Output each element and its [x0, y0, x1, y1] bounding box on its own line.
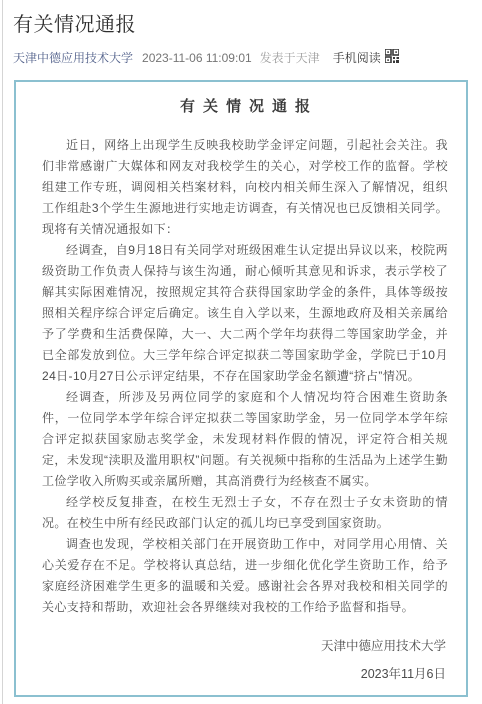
notice-heading: 有关情况通报 [42, 95, 448, 116]
signature-org: 天津中德应用技术大学 [42, 632, 446, 660]
byline: 天津中德应用技术大学 2023-11-06 11:09:01 发表于天津 手机阅… [13, 49, 468, 66]
notice-paragraph-4: 经学校反复排查，在校生无烈士子女，不存在烈士子女未资助的情况。在校生中所有经民政… [42, 492, 448, 534]
page-title: 有关情况通报 [13, 8, 468, 37]
notice-paragraph-5: 调查也发现，学校相关部门在开展资助工作中，对同学用心用情、关心关爱存在不足。学校… [42, 534, 448, 618]
notice-paragraph-2: 经调查，自9月18日有关同学对班级困难生认定提出异议以来，校院两级资助工作负责人… [42, 240, 448, 387]
notice-paragraph-3: 经调查，所涉及另两位同学的家庭和个人情况均符合困难生资助条件，一位同学本学年综合… [42, 387, 448, 492]
window-left-edge [2, 0, 3, 704]
mobile-read-link[interactable]: 手机阅读 [333, 49, 381, 66]
account-name-link[interactable]: 天津中德应用技术大学 [13, 49, 133, 66]
publish-location: 发表于天津 [260, 49, 320, 66]
publish-timestamp: 2023-11-06 11:09:01 [142, 51, 252, 65]
signature-block: 天津中德应用技术大学 2023年11月6日 [42, 632, 448, 688]
article-header: 有关情况通报 天津中德应用技术大学 2023-11-06 11:09:01 发表… [0, 0, 482, 66]
notice-card: 有关情况通报 近日，网络上出现学生反映我校助学金评定问题，引起社会关注。我们非常… [14, 80, 468, 697]
notice-body: 近日，网络上出现学生反映我校助学金评定问题，引起社会关注。我们非常感谢广大媒体和… [42, 135, 448, 618]
notice-paragraph-1: 近日，网络上出现学生反映我校助学金评定问题，引起社会关注。我们非常感谢广大媒体和… [42, 135, 448, 240]
signature-date: 2023年11月6日 [42, 660, 446, 688]
qr-code-icon[interactable] [385, 49, 399, 66]
